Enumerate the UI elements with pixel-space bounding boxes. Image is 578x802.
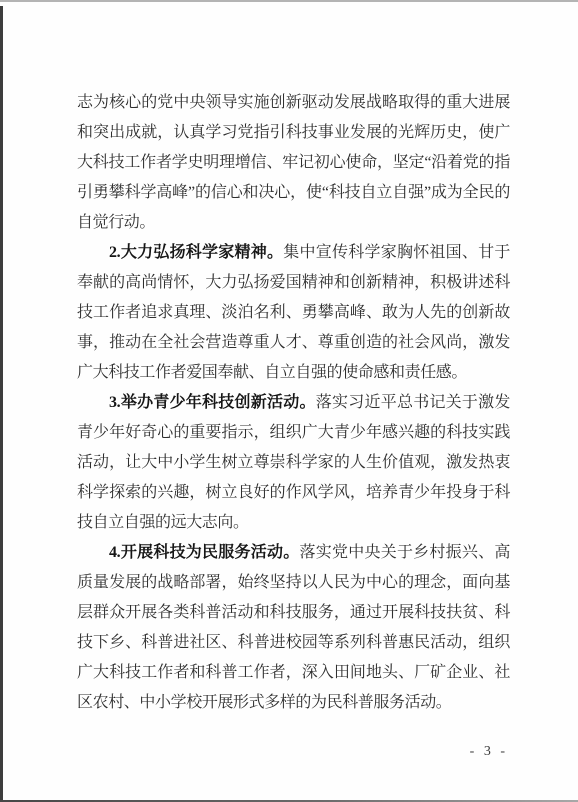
document-body: 志为核心的党中央领导实施创新驱动发展战略取得的重大进展和突出成就，认真学习党指引… (77, 88, 510, 718)
paragraph-heading: 3.举办青少年科技创新活动。 (109, 394, 316, 411)
paragraph-text: 落实习近平总书记关于激发青少年好奇心的重要指示，组织广大青少年感兴趣的科技实践活… (77, 394, 510, 531)
paragraph-item-2: 2.大力弘扬科学家精神。集中宣传科学家胸怀祖国、甘于奉献的高尚情怀，大力弘扬爱国… (77, 238, 510, 388)
scan-edge-left (0, 6, 3, 802)
paragraph-heading: 2.大力弘扬科学家精神。 (109, 244, 283, 261)
paragraph-text: 志为核心的党中央领导实施创新驱动发展战略取得的重大进展和突出成就，认真学习党指引… (77, 94, 510, 231)
paragraph-text: 落实党中央关于乡村振兴、高质量发展的战略部署，始终坚持以人民为中心的理念，面向基… (77, 544, 510, 711)
paragraph-heading: 4.开展科技为民服务活动。 (109, 544, 300, 561)
page-number: - 3 - (470, 743, 508, 761)
document-page: 志为核心的党中央领导实施创新驱动发展战略取得的重大进展和突出成就，认真学习党指引… (0, 0, 578, 802)
paragraph-item-3: 3.举办青少年科技创新活动。落实习近平总书记关于激发青少年好奇心的重要指示，组织… (77, 388, 510, 538)
paragraph-item-4: 4.开展科技为民服务活动。落实党中央关于乡村振兴、高质量发展的战略部署，始终坚持… (77, 538, 510, 718)
scan-edge-top (0, 0, 578, 2)
paragraph-text: 集中宣传科学家胸怀祖国、甘于奉献的高尚情怀，大力弘扬爱国精神和创新精神，积极讲述… (77, 244, 510, 381)
paragraph-continuation: 志为核心的党中央领导实施创新驱动发展战略取得的重大进展和突出成就，认真学习党指引… (77, 88, 510, 238)
